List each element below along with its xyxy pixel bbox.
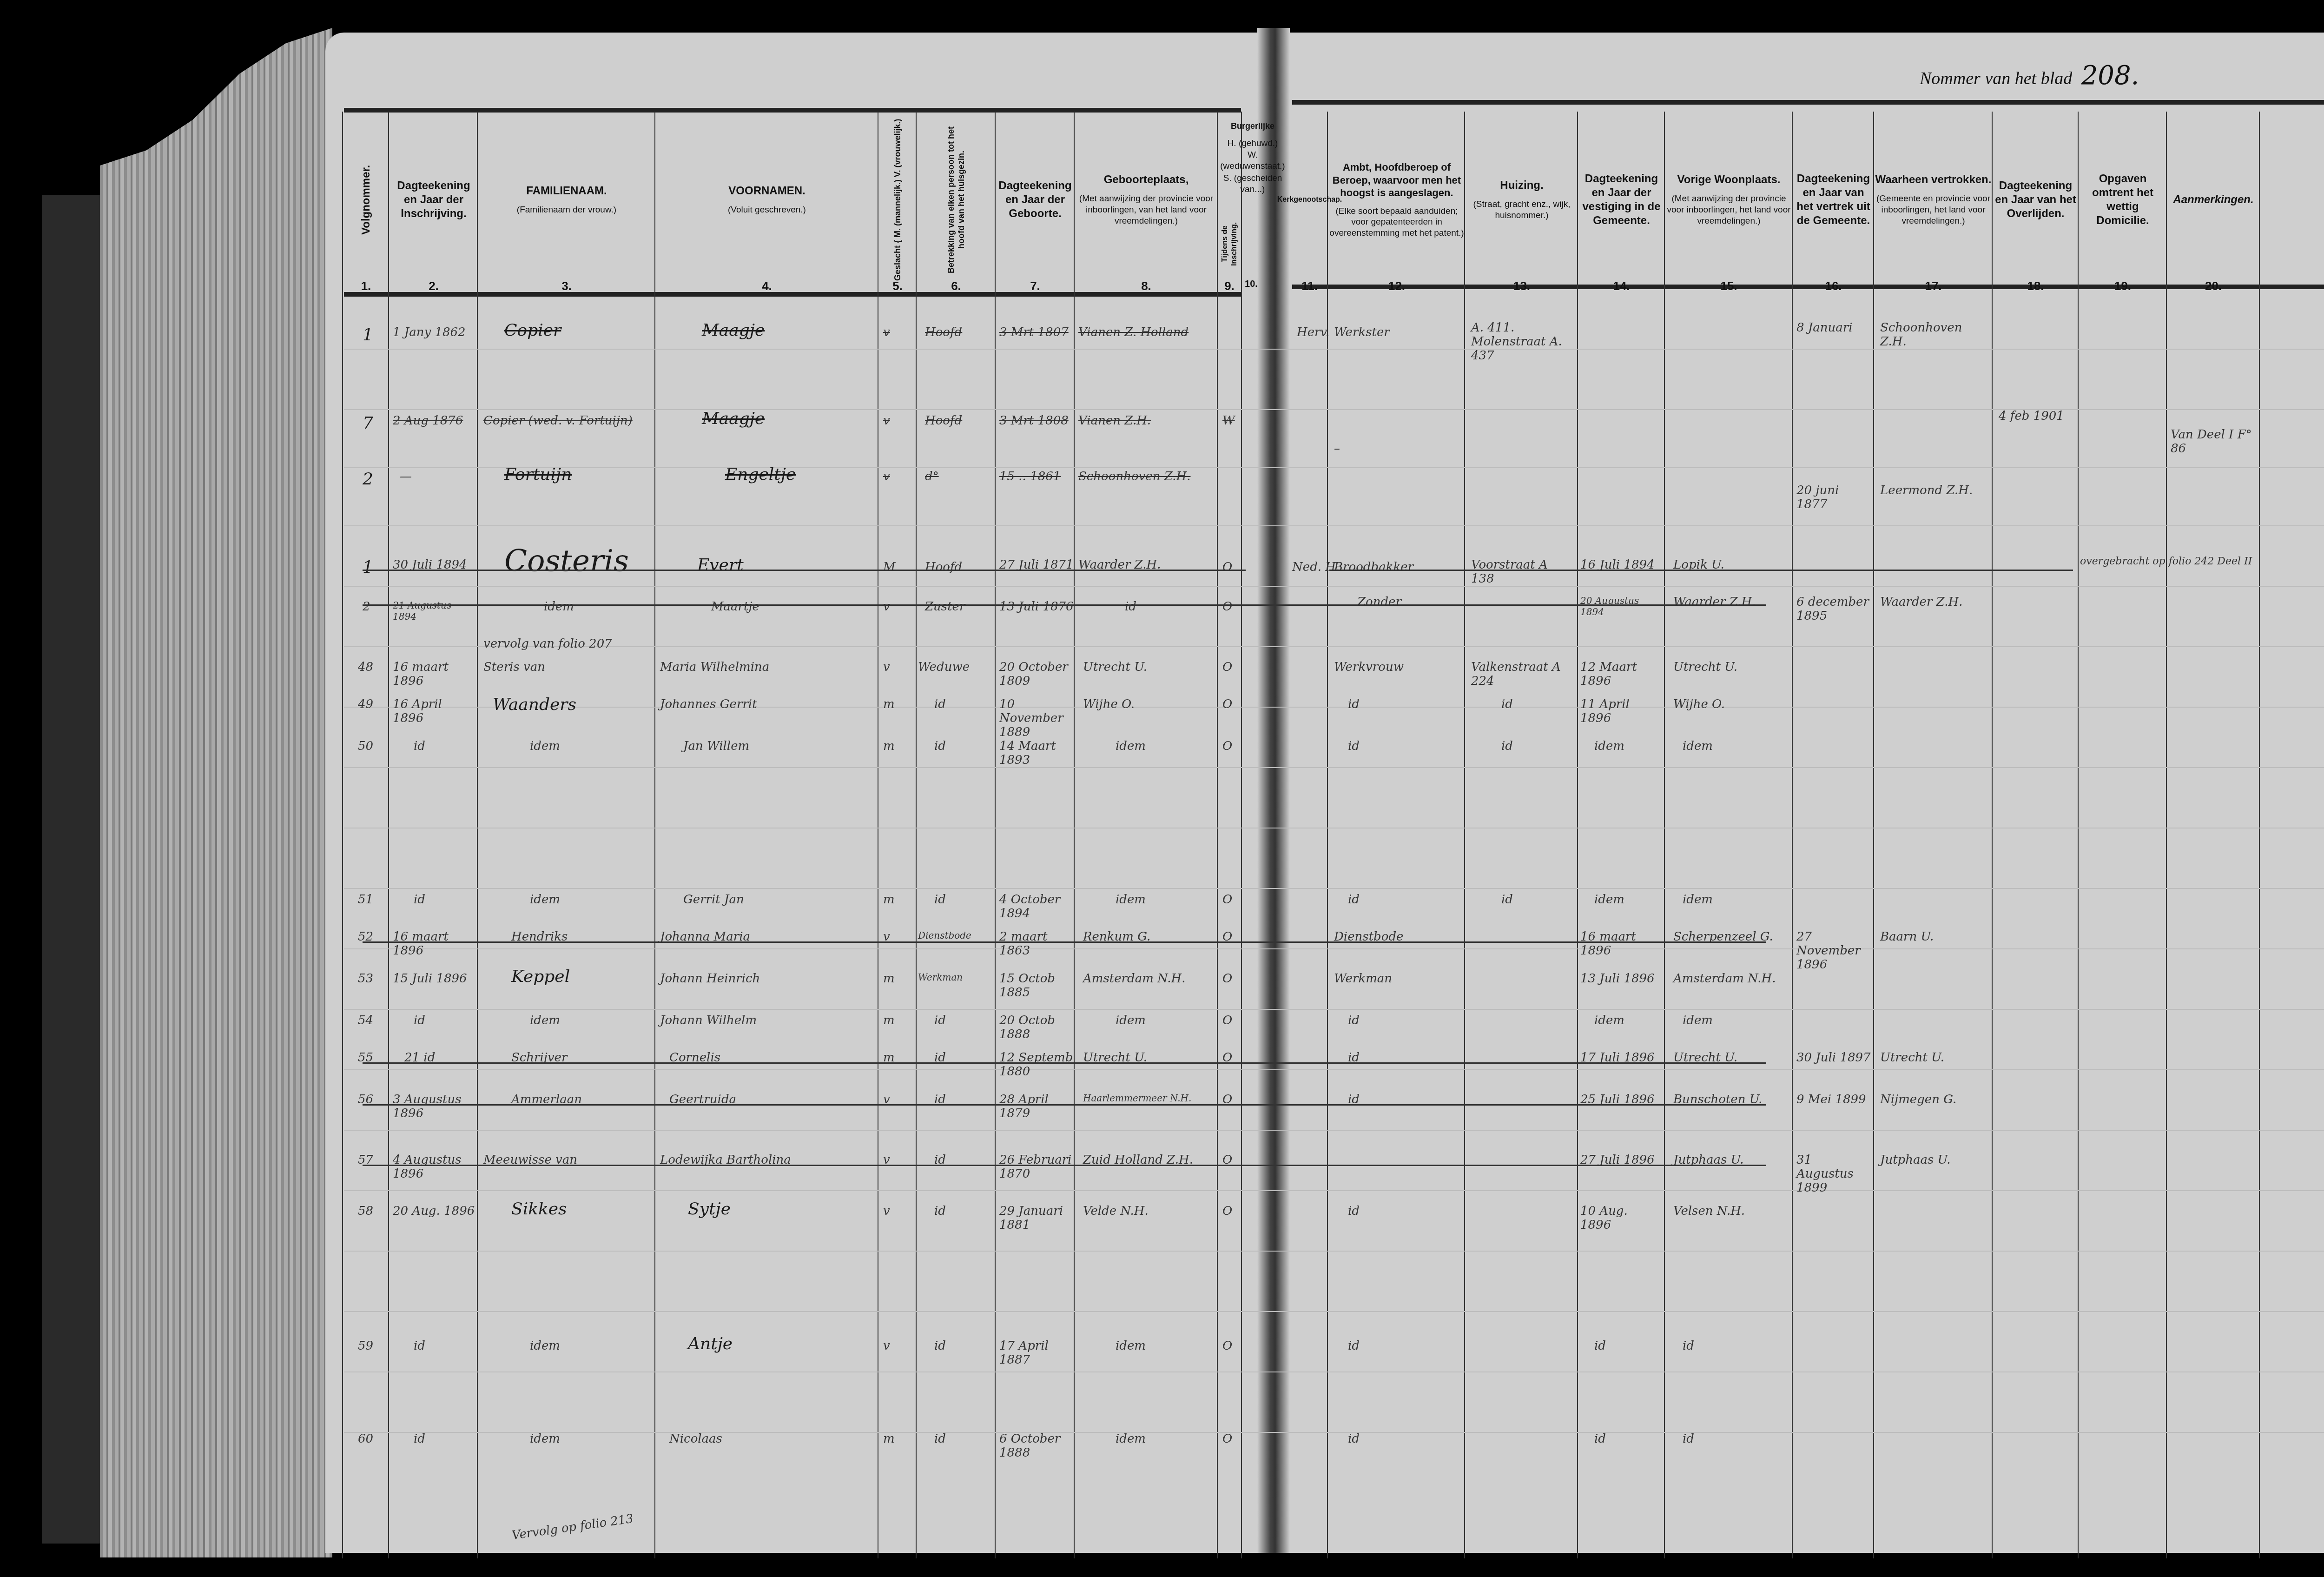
column-number: 7. xyxy=(997,279,1074,293)
page-number: 208. xyxy=(2081,60,2139,91)
header-betrekking: Betrekking van elken persoon tot het hoo… xyxy=(918,116,995,284)
header-familienaam: FAMILIENAAM.(Familienaam der vrouw.) xyxy=(479,116,654,284)
ruled-line xyxy=(344,1311,2324,1312)
header-vestiging: Dagteekening en Jaar der vestiging in de… xyxy=(1579,116,1664,284)
strikethrough-line xyxy=(363,1062,1766,1064)
header-burgerlijke: Burgerlijke H. (gehuwd.) W. (weduwenstaa… xyxy=(1218,121,1287,205)
header-geboorteplaats: Geboorteplaats,(Met aanwijzing der provi… xyxy=(1076,116,1217,284)
page-number-heading: Nommer van het blad 208. xyxy=(1920,60,2139,91)
column-line xyxy=(477,112,478,1558)
header-aanmerkingen: Aanmerkingen. xyxy=(2168,116,2259,284)
ruled-line xyxy=(344,525,2324,526)
header-volgnommer: Volgnommer. xyxy=(344,116,388,284)
column-line xyxy=(1873,112,1874,1558)
column-line xyxy=(2166,112,2167,1558)
column-line xyxy=(2259,112,2260,1558)
strikethrough-line xyxy=(363,941,1766,943)
column-number: 20. xyxy=(2168,279,2259,293)
header-rule xyxy=(344,108,1241,113)
column-line xyxy=(1664,112,1665,1558)
continuation-note: vervolg van folio 207 xyxy=(483,637,612,651)
column-line xyxy=(878,112,878,1558)
column-number: 6. xyxy=(918,279,995,293)
column-line xyxy=(995,112,996,1558)
header-inschrijving: Dagteekening en Jaar der Inschrijving. xyxy=(390,116,477,284)
column-line xyxy=(2078,112,2079,1558)
column-line xyxy=(342,112,343,1558)
ruled-line xyxy=(344,1432,2324,1433)
column-number: 5. xyxy=(879,279,916,293)
column-line xyxy=(1577,112,1578,1558)
header-geslacht: Geslacht { M. (mannelijk.) V. (vrouwelij… xyxy=(879,116,916,284)
column-line xyxy=(1464,112,1465,1558)
header-kerkgenootschap: Kerkgenootschap. xyxy=(1292,116,1327,284)
column-number: 10. xyxy=(1242,279,1261,290)
column-line xyxy=(1074,112,1075,1558)
column-number: 12. xyxy=(1329,279,1464,293)
column-number: 19. xyxy=(2080,279,2166,293)
column-line xyxy=(654,112,655,1558)
column-line xyxy=(916,112,917,1558)
header-overlijden: Dagteekening en Jaar van het Overlijden. xyxy=(1994,116,2078,284)
ruled-line xyxy=(344,646,2324,647)
ruled-line xyxy=(344,707,2324,708)
header-tijdens-inschrijving: Tijdens de Inschrijving. xyxy=(1219,205,1241,284)
header-geboorte: Dagteekening en Jaar der Geboorte. xyxy=(997,116,1074,284)
column-number: 14. xyxy=(1579,279,1664,293)
column-line xyxy=(1241,112,1242,1558)
strikethrough-line xyxy=(363,570,1246,571)
ruled-line xyxy=(344,1130,2324,1131)
strikethrough-line xyxy=(363,1104,1766,1106)
column-number: 4. xyxy=(656,279,878,293)
header-vertrek: Dagteekening en Jaar van het vertrek uit… xyxy=(1794,116,1873,284)
column-number: 1. xyxy=(344,279,388,293)
ruled-line xyxy=(344,948,2324,949)
column-number: 13. xyxy=(1466,279,1577,293)
ruled-line xyxy=(344,349,2324,350)
header-domicilie: Opgaven omtrent het wettig Domicilie. xyxy=(2080,116,2166,284)
column-line xyxy=(1792,112,1793,1558)
column-number: 17. xyxy=(1875,279,1992,293)
header-rule xyxy=(1292,100,2324,105)
header-voornamen: VOORNAMEN.(Voluit geschreven.) xyxy=(656,116,878,284)
strikethrough-line xyxy=(363,1165,1766,1166)
header-waarheen: Waarheen vertrokken.(Gemeente en provinc… xyxy=(1875,116,1992,284)
page-edges-left xyxy=(100,28,332,1557)
ruled-line xyxy=(344,1190,2324,1191)
column-number: 15. xyxy=(1666,279,1792,293)
strikethrough-line xyxy=(363,604,1766,606)
column-line xyxy=(1992,112,1993,1558)
column-number: 3. xyxy=(479,279,654,293)
header-beroep: Ambt, Hoofdberoep of Beroep, waarvoor me… xyxy=(1329,116,1464,284)
ruled-line xyxy=(344,586,2324,587)
ruled-line xyxy=(344,888,2324,889)
column-line xyxy=(1217,112,1218,1558)
ruled-line xyxy=(344,1009,2324,1010)
header-huizing: Huizing.(Straat, gracht enz., wijk, huis… xyxy=(1466,116,1577,284)
strikethrough-line xyxy=(1329,570,2073,571)
ruled-line xyxy=(344,1372,2324,1372)
column-number: 16. xyxy=(1794,279,1873,293)
column-number: 18. xyxy=(1994,279,2078,293)
ruled-line xyxy=(344,467,2324,468)
column-number: 11. xyxy=(1292,279,1327,293)
ruled-line xyxy=(344,828,2324,828)
ruled-line xyxy=(344,1069,2324,1070)
ruled-line xyxy=(344,1251,2324,1252)
header-vorige-woonplaats: Vorige Woonplaats.(Met aanwijzing der pr… xyxy=(1666,116,1792,284)
column-number: 9. xyxy=(1218,279,1241,293)
page-number-label: Nommer van het blad xyxy=(1920,69,2072,88)
column-number: 8. xyxy=(1076,279,1217,293)
ruled-line xyxy=(344,767,2324,768)
column-number: 2. xyxy=(390,279,477,293)
column-line xyxy=(388,112,389,1558)
book-spine xyxy=(1257,28,1290,1553)
